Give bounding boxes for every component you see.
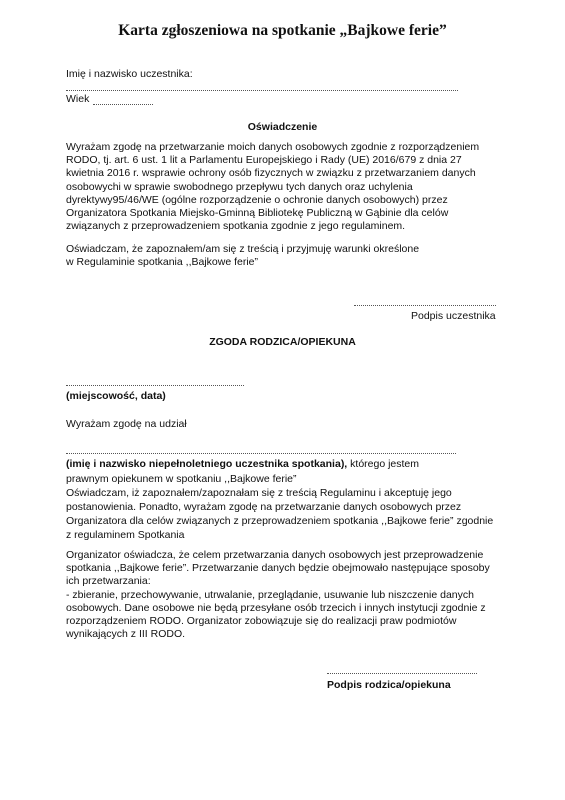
minor-name-field[interactable] [66,453,456,454]
statement-heading: Oświadczenie [0,121,565,133]
parental-consent-heading: ZGODA RODZICA/OPIEKUNA [0,336,565,348]
minor-name-suffix: którego jestem [347,458,419,470]
guardian-signature-label: Podpis rodzica/opiekuna [327,679,451,692]
acknowledgement-text: Oświadczam, że zapoznałem/am się z treśc… [66,243,419,269]
document-title: Karta zgłoszeniowa na spotkanie „Bajkowe… [0,22,565,40]
statement-text: Wyrażam zgodę na przetwarzanie moich dan… [66,141,479,233]
consent-intro: Wyrażam zgodę na udział [66,418,187,431]
participant-name-field[interactable] [66,90,458,91]
participant-age-field[interactable] [93,104,153,105]
organizer-text: Organizator oświadcza, że celem przetwar… [66,549,490,641]
participant-name-label: Imię i nazwisko uczestnika: [66,68,193,81]
minor-name-line: (imię i nazwisko niepełnoletniego uczest… [66,458,419,471]
place-date-label: (miejscowość, data) [66,390,166,403]
participant-signature-field[interactable] [354,305,496,306]
guardian-text: prawnym opiekunem w spotkaniu ,,Bajkowe … [66,472,493,542]
place-date-field[interactable] [66,385,244,386]
minor-name-label: (imię i nazwisko niepełnoletniego uczest… [66,458,347,470]
participant-signature-label: Podpis uczestnika [411,310,496,323]
consent-form-page: Karta zgłoszeniowa na spotkanie „Bajkowe… [0,0,565,800]
guardian-signature-field[interactable] [327,673,477,674]
participant-age-label: Wiek [66,93,89,106]
